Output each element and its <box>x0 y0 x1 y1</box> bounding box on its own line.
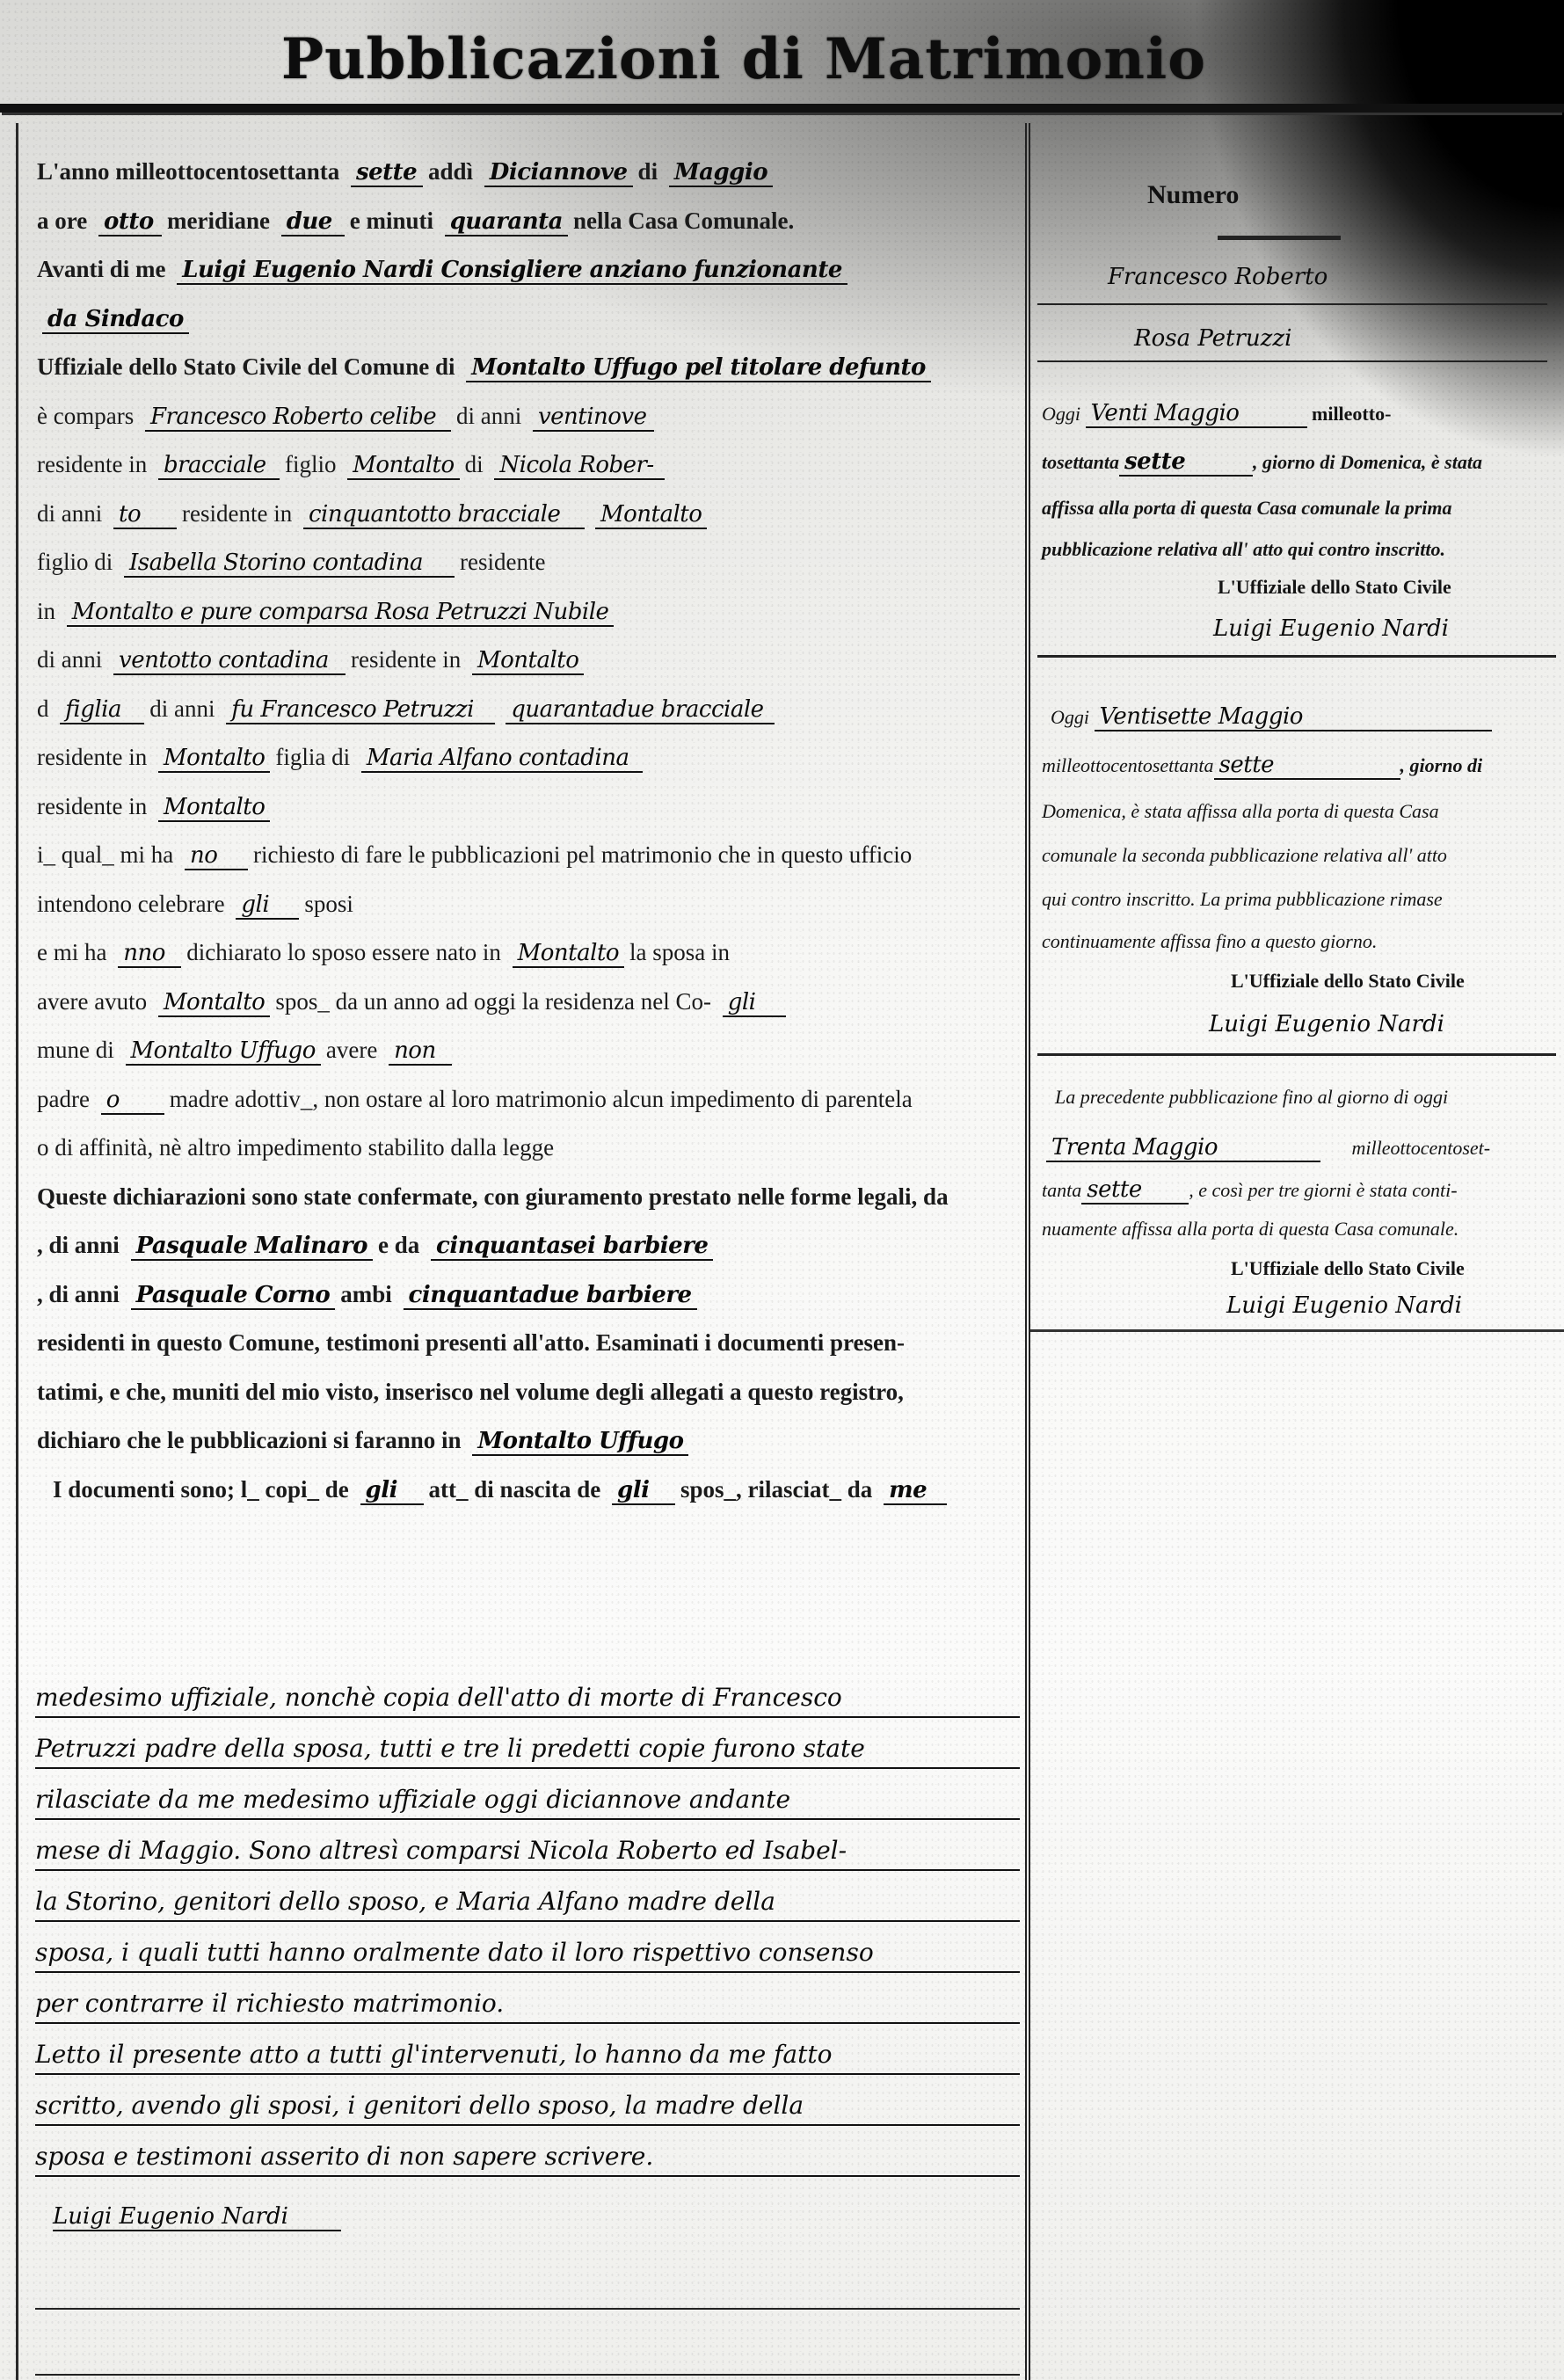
handwritten-entry: Maggio <box>669 159 773 187</box>
handwritten-entry: o <box>101 1087 164 1115</box>
second-pub-text: milleottocentosettanta <box>1042 754 1214 776</box>
printed-text: dichiarato lo sposo essere nato in <box>186 939 506 965</box>
name-rule <box>1037 360 1547 362</box>
printed-text: intendono celebrare <box>37 891 230 917</box>
first-pub-signature: Luigi Eugenio Nardi <box>1213 615 1449 642</box>
first-pub-date: Venti Maggio <box>1086 400 1307 428</box>
handwritten-line: Petruzzi padre della sposa, tutti e tre … <box>35 1732 1020 1769</box>
second-pub-signature: Luigi Eugenio Nardi <box>1209 1011 1444 1037</box>
form-line: Avanti di me Luigi Eugenio Nardi Consigl… <box>37 256 1017 285</box>
form-line: intendono celebrare glisposi <box>37 891 1017 920</box>
oggi-label: Oggi <box>1051 706 1089 728</box>
second-pub-line-4: comunale la seconda pubblicazione relati… <box>1042 844 1447 867</box>
officer-title: L'Uffiziale dello Stato Civile <box>1231 970 1465 993</box>
printed-text: , di anni <box>37 1281 126 1307</box>
handwritten-entry: nno <box>118 940 181 968</box>
number-rule <box>1218 236 1341 240</box>
first-pub-year: sette <box>1119 448 1253 477</box>
handwritten-entry: sette <box>351 159 423 187</box>
printed-text: tatimi, e che, muniti del mio visto, ins… <box>37 1379 904 1405</box>
printed-text: L'anno milleottocentosettanta <box>37 158 346 185</box>
form-line: in Montalto e pure comparsa Rosa Petruzz… <box>37 598 1017 627</box>
printed-text: residenti in questo Comune, testimoni pr… <box>37 1329 905 1356</box>
handwritten-entry: cinquantasei barbiere <box>431 1233 713 1261</box>
handwritten-entry: Montalto <box>472 647 584 675</box>
handwritten-entry: gli <box>236 892 299 920</box>
printed-text: residente in <box>182 500 298 527</box>
printed-text: residente in <box>37 451 153 477</box>
final-note-text: tanta <box>1042 1179 1081 1201</box>
handwritten-entry: no <box>185 842 248 870</box>
oggi-label: Oggi <box>1042 403 1080 425</box>
handwritten-entry: fu Francesco Petruzzi <box>226 696 495 724</box>
form-line: è compars Francesco Roberto celibedi ann… <box>37 403 1017 432</box>
printed-text: di anni <box>456 403 527 429</box>
header-rule <box>0 104 1564 113</box>
handwritten-entry: due <box>281 208 345 237</box>
first-pub-line-1: Oggi Venti Maggio milleotto- <box>1042 400 1391 428</box>
column-divider <box>1025 123 1030 2380</box>
right-column-end-rule <box>1030 1329 1564 1332</box>
handwritten-line: Letto il presente atto a tutti gl'interv… <box>35 2038 1020 2075</box>
handwritten-entry: quaranta <box>445 208 568 237</box>
printed-text: a ore <box>37 207 93 234</box>
handwritten-entry: to <box>113 501 177 529</box>
bride-name: Rosa Petruzzi <box>1134 325 1291 352</box>
handwritten-entry: Maria Alfano contadina <box>361 745 643 773</box>
printed-text: avere <box>326 1037 383 1063</box>
first-pub-text: , giorno di Domenica, è stata <box>1253 451 1482 473</box>
form-line: i_ qual_ mi ha norichiesto di fare le pu… <box>37 841 1017 870</box>
handwritten-entry: Montalto <box>513 940 624 968</box>
printed-text: dichiaro che le pubblicazioni si faranno… <box>37 1427 467 1453</box>
printed-text: Queste dichiarazioni sono state conferma… <box>37 1183 949 1210</box>
officer-title: L'Uffiziale dello Stato Civile <box>1231 1257 1465 1280</box>
handwritten-entry: Montalto e pure comparsa Rosa Petruzzi N… <box>67 599 615 627</box>
handwritten-entry: Isabella Storino contadina <box>124 550 455 578</box>
form-line: di anni toresidente in cinquantotto brac… <box>37 500 1017 529</box>
printed-text: e minuti <box>350 207 440 234</box>
left-signature: Luigi Eugenio Nardi <box>53 2202 341 2230</box>
printed-text: residente in <box>351 646 467 673</box>
final-note-date: Trenta Maggio <box>1046 1134 1320 1162</box>
second-pub-line-1: Oggi Ventisette Maggio <box>1051 703 1492 731</box>
handwritten-entry: Montalto Uffugo <box>126 1037 321 1066</box>
printed-text: e mi ha <box>37 939 113 965</box>
handwritten-entry: Pasquale Corno <box>131 1282 336 1310</box>
printed-text: figlio <box>285 451 342 477</box>
handwritten-entry: Pasquale Malinaro <box>131 1233 373 1261</box>
printed-text: di anni <box>149 695 221 722</box>
form-line: padre omadre adottiv_, non ostare al lor… <box>37 1086 1017 1115</box>
final-note-line-4: nuamente affissa alla porta di questa Ca… <box>1042 1218 1459 1241</box>
printed-text: di anni <box>37 646 108 673</box>
printed-text: residente in <box>37 744 153 770</box>
printed-text: I documenti sono; l_ copi_ de <box>53 1476 355 1503</box>
handwritten-line: sposa, i quali tutti hanno oralmente dat… <box>35 1936 1020 1973</box>
form-line: avere avuto Montaltospos_ da un anno ad … <box>37 988 1017 1017</box>
form-line: e mi ha nnodichiarato lo sposo essere na… <box>37 939 1017 968</box>
left-border <box>16 123 18 2380</box>
final-note-year: sette <box>1081 1176 1189 1205</box>
printed-text: ambi <box>340 1281 397 1307</box>
handwritten-entry: me <box>884 1477 947 1505</box>
handwritten-entry: Montalto <box>158 989 270 1017</box>
printed-text: att_ di nascita de <box>429 1476 607 1503</box>
printed-text: richiesto di fare le pubblicazioni pel m… <box>253 841 912 868</box>
printed-text: padre <box>37 1086 96 1112</box>
second-pub-line-3: Domenica, è stata affissa alla porta di … <box>1042 800 1439 823</box>
form-line: o di affinità, nè altro impedimento stab… <box>37 1134 1017 1161</box>
handwritten-entry: gli <box>723 989 786 1017</box>
second-pub-line-5: qui contro inscritto. La prima pubblicaz… <box>1042 888 1443 911</box>
number-label: Numero <box>1147 180 1239 210</box>
section-rule <box>1037 655 1556 658</box>
printed-text: di anni <box>37 500 108 527</box>
printed-text: Avanti di me <box>37 256 171 282</box>
printed-text: meridiane <box>167 207 276 234</box>
form-line: residenti in questo Comune, testimoni pr… <box>37 1329 1017 1357</box>
second-pub-date: Ventisette Maggio <box>1095 703 1492 731</box>
printed-text: in <box>37 598 62 624</box>
handwritten-entry: da Sindaco <box>42 306 189 334</box>
second-pub-line-6: continuamente affissa fino a questo gior… <box>1042 930 1377 953</box>
bride-name-text: Rosa Petruzzi <box>1134 325 1291 352</box>
signature-text: Luigi Eugenio Nardi <box>1209 1011 1444 1037</box>
printed-text: di <box>465 451 490 477</box>
first-pub-line-3: affissa alla porta di questa Casa comuna… <box>1042 497 1452 520</box>
printed-text: spos_, rilasciat_ da <box>680 1476 878 1503</box>
handwritten-entry: otto <box>98 208 162 237</box>
form-line: Uffiziale dello Stato Civile del Comune … <box>37 353 1017 382</box>
second-pub-year: sette <box>1214 752 1400 780</box>
officer-title: L'Uffiziale dello Stato Civile <box>1218 576 1451 599</box>
handwritten-entry: bracciale <box>158 452 280 480</box>
printed-text: addì <box>428 158 479 185</box>
printed-text: o di affinità, nè altro impedimento stab… <box>37 1134 554 1161</box>
handwritten-entry: Diciannove <box>484 159 633 187</box>
printed-text: i_ qual_ mi ha <box>37 841 179 868</box>
printed-text: madre adottiv_, non ostare al loro matri… <box>170 1086 913 1112</box>
form-line: residente in Montalto <box>37 793 1017 822</box>
blank-rule <box>35 2308 1020 2310</box>
final-note-signature: Luigi Eugenio Nardi <box>1226 1292 1462 1319</box>
form-line: , di anni Pasquale Malinaroe da cinquant… <box>37 1232 1017 1261</box>
printed-text: figlia di <box>275 744 355 770</box>
form-line: residente in braccialefiglio Montaltodi … <box>37 451 1017 480</box>
final-note-text: milleottocentoset- <box>1352 1137 1491 1159</box>
form-line: d figliadi anni fu Francesco Petruzziqua… <box>37 695 1017 724</box>
handwritten-entry: non <box>389 1037 452 1066</box>
handwritten-line: sposa e testimoni asserito di non sapere… <box>35 2140 1020 2177</box>
signature-text: Luigi Eugenio Nardi <box>1226 1292 1462 1319</box>
form-line: dichiaro che le pubblicazioni si faranno… <box>37 1427 1017 1456</box>
form-line: a ore ottomeridiane duee minuti quaranta… <box>37 207 1017 237</box>
handwritten-entry: Francesco Roberto celibe <box>145 404 451 432</box>
handwritten-line: medesimo uffiziale, nonchè copia dell'at… <box>35 1681 1020 1718</box>
form-line: residente in Montaltofiglia di Maria Alf… <box>37 744 1017 773</box>
handwritten-entry: figlia <box>60 696 144 724</box>
printed-text: di <box>638 158 664 185</box>
handwritten-entry: cinquantotto bracciale <box>303 501 585 529</box>
handwritten-entry: Nicola Rober- <box>494 452 665 480</box>
form-line: da Sindaco <box>37 305 1017 334</box>
handwritten-entry: cinquantadue barbiere <box>404 1282 697 1310</box>
printed-text: Uffiziale dello Stato Civile del Comune … <box>37 353 461 380</box>
first-pub-text: tosettanta <box>1042 451 1119 473</box>
printed-text: sposi <box>304 891 353 917</box>
section-rule <box>1037 1053 1556 1056</box>
final-note-line-2: Trenta Maggio milleottocentoset- <box>1046 1134 1490 1162</box>
form-line: , di anni Pasquale Cornoambi cinquantadu… <box>37 1281 1017 1310</box>
document-title: Pubblicazioni di Matrimonio <box>281 26 1206 92</box>
handwritten-entry: Montalto <box>595 501 707 529</box>
printed-text: è compars <box>37 403 140 429</box>
groom-name-text: Francesco Roberto <box>1108 264 1328 290</box>
first-pub-text: milleotto- <box>1312 403 1391 425</box>
blank-rule <box>35 2374 1020 2376</box>
second-pub-line-2: milleottocentosettantasette, giorno di <box>1042 752 1482 780</box>
handwritten-entry: Luigi Eugenio Nardi Consigliere anziano … <box>177 257 847 285</box>
handwritten-line: mese di Maggio. Sono altresì comparsi Ni… <box>35 1834 1020 1871</box>
handwritten-line: scritto, avendo gli sposi, i genitori de… <box>35 2089 1020 2126</box>
handwritten-entry: quarantadue bracciale <box>506 696 775 724</box>
form-line: di anni ventotto contadinaresidente in M… <box>37 646 1017 675</box>
first-pub-line-2: tosettantasette, giorno di Domenica, è s… <box>1042 448 1482 477</box>
printed-text: e da <box>378 1232 426 1258</box>
printed-text: nella Casa Comunale. <box>573 207 794 234</box>
printed-text: figlio di <box>37 549 119 575</box>
printed-text: la sposa in <box>629 939 730 965</box>
handwritten-entry: ventinove <box>533 404 654 432</box>
printed-text: d <box>37 695 55 722</box>
signature-text: Luigi Eugenio Nardi <box>1213 615 1449 642</box>
form-line: figlio di Isabella Storino contadinaresi… <box>37 549 1017 578</box>
final-note-line-1: La precedente pubblicazione fino al gior… <box>1055 1086 1448 1109</box>
handwritten-entry: gli <box>612 1477 675 1505</box>
form-line: tatimi, e che, muniti del mio visto, ins… <box>37 1379 1017 1406</box>
printed-text: residente in <box>37 793 153 819</box>
handwritten-entry: ventotto contadina <box>113 647 346 675</box>
handwritten-entry: gli <box>360 1477 424 1505</box>
handwritten-entry: Montalto <box>158 745 270 773</box>
handwritten-line: rilasciate da me medesimo uffiziale oggi… <box>35 1783 1020 1820</box>
handwritten-line: la Storino, genitori dello sposo, e Mari… <box>35 1885 1020 1922</box>
form-line: Queste dichiarazioni sono state conferma… <box>37 1183 1017 1211</box>
handwritten-line: per contrarre il richiesto matrimonio. <box>35 1987 1020 2024</box>
form-line: L'anno milleottocentosettanta setteaddì … <box>37 158 1017 187</box>
printed-text: , di anni <box>37 1232 126 1258</box>
form-line: I documenti sono; l_ copi_ de gliatt_ di… <box>53 1476 1033 1505</box>
printed-text: spos_ da un anno ad oggi la residenza ne… <box>275 988 717 1015</box>
handwritten-entry: Montalto Uffugo pel titolare defunto <box>466 354 931 382</box>
printed-text: residente <box>460 549 545 575</box>
handwritten-entry: Montalto <box>158 794 270 822</box>
printed-text: avere avuto <box>37 988 153 1015</box>
signature-text: Luigi Eugenio Nardi <box>53 2203 341 2231</box>
name-rule <box>1037 303 1547 305</box>
first-pub-line-4: pubblicazione relativa all' atto qui con… <box>1042 538 1445 561</box>
final-note-line-3: tantasette, e così per tre giorni è stat… <box>1042 1176 1458 1205</box>
final-note-text: , e così per tre giorni è stata conti- <box>1189 1179 1457 1201</box>
handwritten-entry: Montalto Uffugo <box>472 1428 688 1456</box>
groom-name: Francesco Roberto <box>1108 264 1328 290</box>
form-line: mune di Montalto Uffugoavere non <box>37 1037 1017 1066</box>
handwritten-entry: Montalto <box>347 452 459 480</box>
second-pub-text: , giorno di <box>1400 754 1483 776</box>
printed-text: mune di <box>37 1037 120 1063</box>
